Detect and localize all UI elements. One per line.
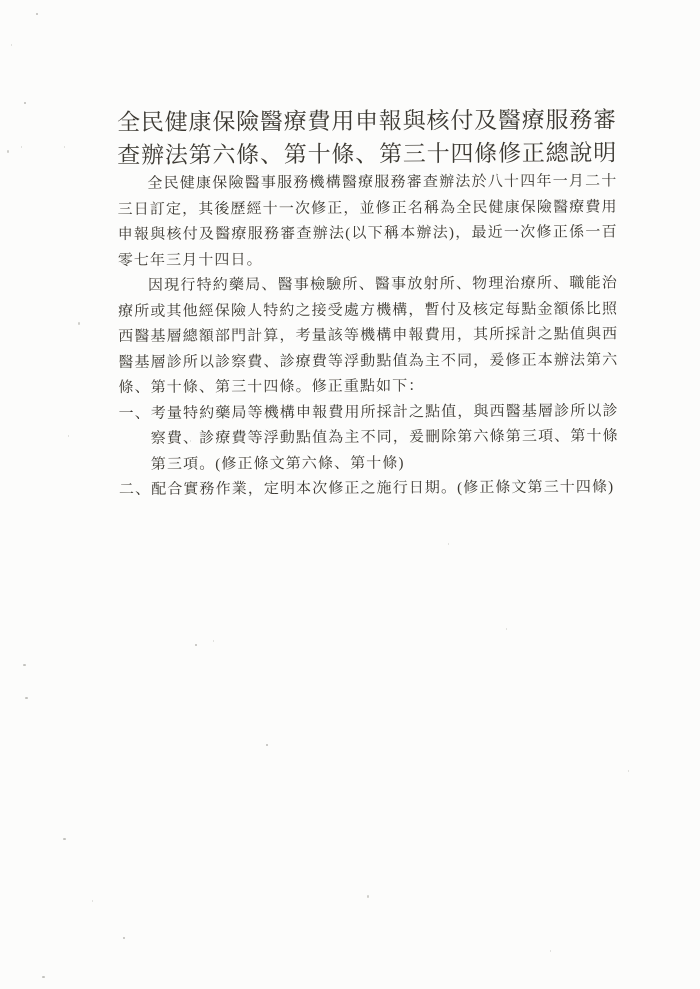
paragraph-history: 全民健康保險醫事服務機構醫療服務審查辦法於八十四年一月二十三日訂定，其後歷經十一… — [117, 169, 618, 274]
scanned-document-page: 全民健康保險醫療費用申報與核付及醫療服務審查辦法第六條、第十條、第三十四條修正總… — [0, 0, 700, 989]
document-content: 全民健康保險醫療費用申報與核付及醫療服務審查辦法第六條、第十條、第三十四條修正總… — [117, 103, 619, 503]
paragraph-rationale: 因現行特約藥局、醫事檢驗所、醫事放射所、物理治療所、職能治療所或其他經保險人特約… — [118, 271, 619, 401]
scan-speckle — [506, 628, 507, 630]
scan-speckle — [550, 950, 551, 952]
scan-speckle — [36, 13, 38, 15]
scan-speckle — [68, 435, 69, 437]
scan-speckle — [23, 664, 26, 666]
document-body: 全民健康保險醫事服務機構醫療服務審查辦法於八十四年一月二十三日訂定，其後歷經十一… — [117, 169, 619, 503]
scan-speckle — [63, 838, 66, 840]
scan-speckle — [213, 640, 214, 642]
list-item-1: 一、考量特約藥局等機構申報費用所採計之點值，與西醫基層診所以診察費、診療費等浮動… — [119, 399, 619, 478]
scan-speckle — [42, 976, 45, 978]
scan-speckle — [123, 937, 125, 939]
scan-speckle — [24, 102, 26, 104]
scan-speckle — [11, 44, 12, 46]
scan-speckle — [64, 146, 65, 148]
scan-speckle — [195, 644, 197, 646]
scan-speckle — [78, 322, 80, 325]
scan-speckle — [448, 543, 449, 545]
scan-speckle — [7, 150, 9, 153]
scan-speckle — [25, 697, 28, 699]
scan-speckle — [21, 146, 22, 148]
scan-speckle — [266, 744, 268, 746]
list-item-2: 二、配合實務作業，定明本次修正之施行日期。(修正條文第三十四條) — [119, 475, 619, 503]
document-title: 全民健康保險醫療費用申報與核付及醫療服務審查辦法第六條、第十條、第三十四條修正總… — [117, 103, 617, 172]
scan-speckle — [628, 770, 629, 772]
scan-speckle — [367, 895, 369, 898]
scan-speckle — [92, 900, 93, 902]
